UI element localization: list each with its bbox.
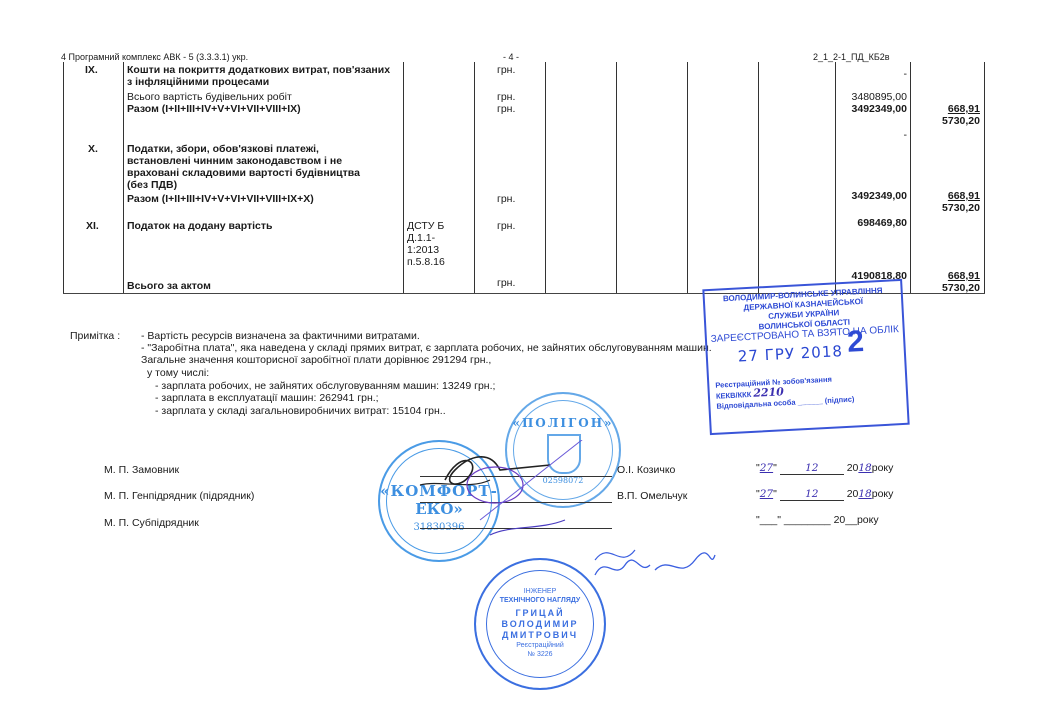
signature-role: М. П. Субпідрядник [104, 517, 199, 529]
row-title: Податок на додану вартість [127, 220, 273, 232]
signature-date: "___" ________ 20__року [756, 514, 879, 526]
note-line: - "Заробітна плата", яка наведена у скла… [141, 342, 712, 355]
row-value: 3480895,00 [837, 91, 907, 103]
stamp-text: № 3226 [476, 651, 604, 658]
engineer-signature [590, 550, 720, 590]
note-line: - зарплата у складі загальновиробничих в… [155, 405, 446, 418]
date-year-prefix: 20 [834, 514, 846, 526]
row-unit: грн. [497, 193, 515, 205]
date-year-prefix: 20 [847, 488, 859, 500]
signature-date: "27" 12 2018року [756, 462, 893, 475]
date-year-suffix: __ [845, 514, 857, 526]
handwritten-signatures [380, 440, 640, 640]
row-extra-bottom: 5730,20 [914, 115, 980, 127]
row-value: - [840, 129, 907, 141]
row-basis: ДСТУ Б Д.1.1-1:2013 п.5.8.16 [407, 220, 467, 268]
date-year-prefix: 20 [847, 462, 859, 474]
page-number: - 4 - [503, 52, 519, 62]
date-suffix: року [872, 462, 894, 474]
row-extra-bottom: 5730,20 [914, 282, 980, 294]
row-title: Податки, збори, обов'язкові платежі, вст… [127, 143, 377, 191]
document-code: 2_1_2-1_ПД_КБ2в [813, 52, 890, 62]
stamp-text: (підпис) [824, 395, 854, 406]
row-extra-bottom: 5730,20 [914, 202, 980, 214]
note-line: - зарплата робочих, не зайнятих обслугов… [155, 380, 495, 393]
row-value: - [840, 68, 907, 80]
date-month: 12 [780, 462, 844, 475]
date-suffix: року [857, 514, 879, 526]
stamp-number: 2 [847, 337, 864, 348]
note-line: - зарплата в експлуатації машин: 262941 … [155, 392, 379, 405]
date-day: ___ [760, 514, 778, 526]
row-unit: грн. [497, 91, 515, 103]
row-unit: грн. [497, 64, 515, 76]
note-line: Загальне значення кошторисної заробітної… [141, 354, 491, 367]
row-title: Всього вартість будівельних робіт [127, 91, 292, 103]
row-number: IX. [85, 64, 98, 76]
date-suffix: року [872, 488, 894, 500]
row-number: X. [88, 143, 98, 155]
row-unit: грн. [497, 103, 515, 115]
row-value: 698469,80 [837, 217, 907, 229]
signature-role: М. П. Замовник [104, 464, 179, 476]
row-extra-top: 668,91 [914, 190, 980, 202]
stamp-name: «ПОЛІГОН» [507, 416, 619, 430]
note-line: - Вартість ресурсів визначена за фактичн… [141, 330, 420, 343]
row-extra-top: 668,91 [914, 103, 980, 115]
note-line: у тому числі: [147, 367, 209, 380]
row-value: 3492349,00 [837, 190, 907, 202]
stamp-date: 27 ГРУ 2018 [738, 346, 844, 361]
stamp-text: Реєстраційний [476, 642, 604, 649]
date-day: 27 [760, 462, 773, 474]
date-month: ________ [784, 514, 831, 526]
row-title: Разом (I+II+III+IV+V+VI+VII+VIII+IX) [127, 103, 301, 115]
row-value: 3492349,00 [837, 103, 907, 115]
row-extra-top: 668,91 [914, 270, 980, 282]
stamp-text: КЕКВ/ККК [716, 390, 752, 401]
row-unit: грн. [497, 277, 515, 289]
row-title: Кошти на покриття додаткових витрат, пов… [127, 64, 397, 88]
date-month: 12 [780, 488, 844, 501]
note-label: Примітка : [70, 330, 120, 343]
signature-date: "27" 12 2018року [756, 488, 893, 501]
row-title: Всього за актом [127, 280, 211, 292]
row-unit: грн. [497, 220, 515, 232]
date-year-suffix: 18 [858, 462, 871, 474]
date-day: 27 [760, 488, 773, 500]
signature-role: М. П. Генпідрядник (підрядник) [104, 490, 254, 502]
date-year-suffix: 18 [858, 488, 871, 500]
row-title: Разом (I+II+III+IV+V+VI+VII+VIII+IX+X) [127, 193, 314, 205]
treasury-registration-stamp: ВОЛОДИМИР-ВОЛИНСЬКЕ УПРАВЛІННЯ ДЕРЖАВНОЇ… [702, 279, 909, 435]
program-header: 4 Програмний комплекс АВК - 5 (3.3.3.1) … [61, 52, 248, 62]
row-number: XI. [86, 220, 99, 232]
